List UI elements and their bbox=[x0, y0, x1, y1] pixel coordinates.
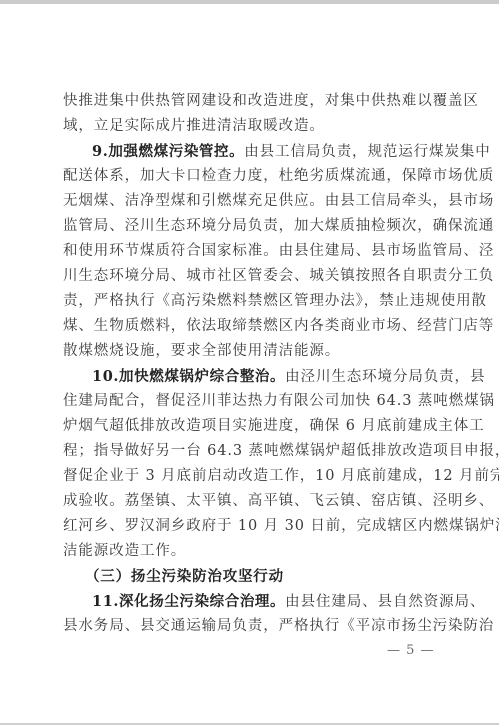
item-10-heading: 10.加快燃煤锅炉综合整治。 bbox=[92, 368, 285, 385]
top-border bbox=[0, 0, 499, 4]
item-11-line: 11.深化扬尘污染综合治理。由县住建局、县自然资源局、 bbox=[63, 589, 445, 614]
text-line: 川生态环境分局、城市社区管委会、城关镇按照各自职责分工负 bbox=[63, 264, 445, 289]
text-line: 红河乡、罗汉洞乡政府于 10 月 30 日前，完成辖区内燃煤锅炉清 bbox=[63, 514, 445, 539]
page-number: — 5 — bbox=[387, 643, 435, 658]
text-line: 配送体系，加大卡口检查力度，杜绝劣质煤流通，保障市场优质 bbox=[63, 164, 445, 189]
text-line: 监管局、泾川生态环境分局负责，加大煤质抽检频次，确保流通 bbox=[63, 214, 445, 239]
text-line: 程；指导做好另一台 64.3 蒸吨燃煤锅炉超低排放改造项目申报， bbox=[63, 439, 445, 464]
item-9-text: 由县工信局负责，规范运行煤炭集中 bbox=[244, 144, 490, 160]
section-heading: （三）扬尘污染防治攻坚行动 bbox=[63, 564, 445, 589]
text-line: 住建局配合，督促泾川菲达热力有限公司加快 64.3 蒸吨燃煤锅 bbox=[63, 389, 445, 414]
item-11-heading: 11.深化扬尘污染综合治理。 bbox=[92, 593, 285, 610]
item-9-heading: 9.加强燃煤污染管控。 bbox=[92, 143, 244, 160]
text-line: 督促企业于 3 月底前启动改造工作，10 月底前建成，12 月前完 bbox=[63, 464, 445, 489]
text-line: 散煤燃烧设施，要求全部使用清洁能源。 bbox=[63, 339, 445, 364]
document-page: 快推进集中供热管网建设和改造进度，对集中供热难以覆盖区 域，立足实际成片推进清洁… bbox=[63, 89, 445, 639]
text-line: 和使用环节煤质符合国家标准。由县住建局、县市场监管局、泾 bbox=[63, 239, 445, 264]
item-10-text: 由泾川生态环境分局负责，县 bbox=[285, 369, 485, 385]
text-line: 煤、生物质燃料，依法取缔禁燃区内各类商业市场、经营门店等 bbox=[63, 314, 445, 339]
text-line: 域，立足实际成片推进清洁取暖改造。 bbox=[63, 114, 445, 139]
item-10-line: 10.加快燃煤锅炉综合整治。由泾川生态环境分局负责，县 bbox=[63, 364, 445, 389]
text-line: 炉烟气超低排放改造项目实施进度，确保 6 月底前建成主体工 bbox=[63, 414, 445, 439]
text-line: 县水务局、县交通运输局负责，严格执行《平凉市扬尘污染防治 bbox=[63, 614, 445, 639]
item-9-line: 9.加强燃煤污染管控。由县工信局负责，规范运行煤炭集中 bbox=[63, 139, 445, 164]
text-line: 成验收。荔堡镇、太平镇、高平镇、飞云镇、窑店镇、泾明乡、 bbox=[63, 489, 445, 514]
text-line: 洁能源改造工作。 bbox=[63, 539, 445, 564]
text-line: 责，严格执行《高污染燃料禁燃区管理办法》，禁止违规使用散 bbox=[63, 289, 445, 314]
text-line: 无烟煤、洁净型煤和引燃煤充足供应。由县工信局牵头，县市场 bbox=[63, 189, 445, 214]
text-line: 快推进集中供热管网建设和改造进度，对集中供热难以覆盖区 bbox=[63, 89, 445, 114]
item-11-text: 由县住建局、县自然资源局、 bbox=[285, 594, 485, 610]
